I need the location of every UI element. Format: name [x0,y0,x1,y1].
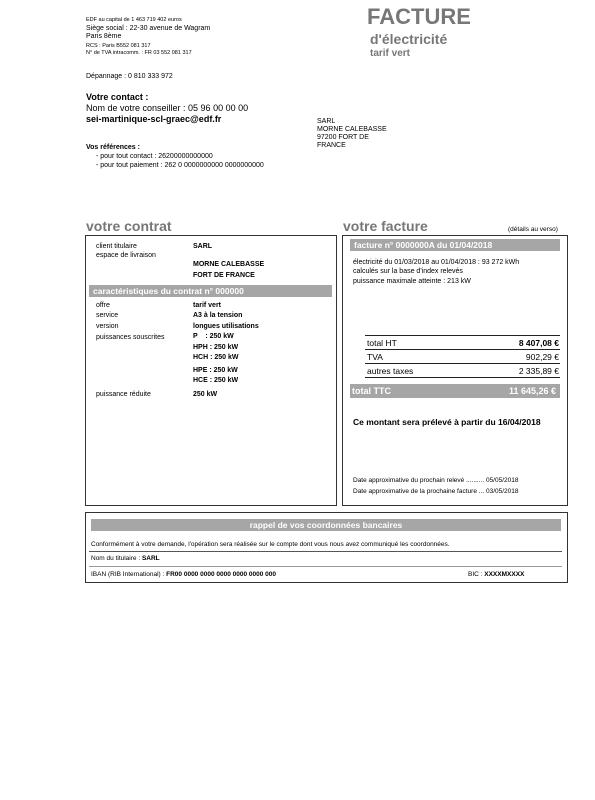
iban-row: IBAN (RIB International) : FR00 0000 000… [91,570,276,579]
totals-divider [365,377,560,378]
next-releve-date: Date approximative du prochain relevé ..… [353,476,519,485]
facture-consumption: électricité du 01/03/2018 au 01/04/2018 … [353,258,519,267]
facture-section-title: votre facture [343,218,428,234]
bic-label: BIC : [468,571,484,578]
client-value: SARL [193,242,212,251]
autres-taxes-value: 2 335,89 € [519,366,559,376]
reference-payment: - pour tout paiement : 262 0 0000000000 … [96,161,264,170]
contact-email[interactable]: sei-martinique-scl-graec@edf.fr [86,114,221,124]
recipient-address: SARL MORNE CALEBASSE 97200 FORT DE FRANC… [317,118,387,150]
delivery-label: espace de livraison [96,251,156,260]
delivery-line2: FORT DE FRANCE [193,271,255,280]
holder-label: Nom du titulaire : [91,555,142,562]
company-capital: EDF au capital de 1 463 719 402 euros [86,16,182,24]
address-line: SARL [317,118,387,126]
offre-label: offre [96,301,110,310]
document-title: FACTURE [367,4,471,30]
document-subtitle: d'électricité [370,31,447,47]
version-label: version [96,322,119,331]
puissance-hpe: HPE : 250 kW [193,366,238,375]
totals-divider [365,335,560,336]
total-ht-label: total HT [367,338,397,348]
tva-label: TVA [367,352,383,362]
totals-divider [365,363,560,364]
puissance-hce: HCE : 250 kW [193,376,238,385]
company-city: Paris 8ème [86,32,121,41]
autres-taxes-label: autres taxes [367,366,413,376]
total-ttc-label: total TTC [352,386,391,396]
totals-divider [365,349,560,350]
facture-index-note: calculés sur la base d'index relevés [353,267,463,276]
contrat-section-title: votre contrat [86,218,172,234]
puissance-hph: HPH : 250 kW [193,343,238,352]
service-value: A3 à la tension [193,311,242,320]
contrat-characteristics-bar: caractéristiques du contrat n° 000000 [89,285,332,297]
references-heading: Vos références : [86,143,140,152]
tva-value: 902,29 € [526,352,559,362]
company-tva: N° de TVA intracomm. : FR 03 552 081 317 [86,49,192,57]
total-ttc-bar: total TTC 11 645,26 € [350,384,560,398]
holder-value: SARL [142,555,160,562]
facture-number-bar: facture n° 0000000A du 01/04/2018 [350,239,560,251]
total-ttc-value: 11 645,26 € [509,384,556,398]
iban-label: IBAN (RIB International) : [91,571,166,578]
delivery-line1: MORNE CALEBASSE [193,260,264,269]
details-note: (détails au verso) [508,226,558,233]
contact-heading: Votre contact : [86,92,148,102]
facture-max-power: puissance maximale atteinte : 213 kW [353,277,471,286]
iban-value: FR00 0000 0000 0000 0000 0000 000 [166,571,276,578]
version-value: longues utilisations [193,322,259,331]
depannage-phone: Dépannage : 0 810 333 972 [86,72,173,81]
total-ht-value: 8 407,08 € [519,338,559,348]
reference-contact: - pour tout contact : 26200000000000 [96,152,213,161]
bank-notice: Conformément à votre demande, l'opératio… [91,540,450,549]
reduite-label: puissance réduite [96,390,151,399]
document-tariff: tarif vert [370,48,410,59]
bank-divider [89,551,562,552]
bank-bar: rappel de vos coordonnées bancaires [91,519,561,531]
puissance-hch: HCH : 250 kW [193,353,239,362]
puissance-p: P : 250 kW [193,332,234,341]
next-facture-date: Date approximative de la prochaine factu… [353,487,519,496]
contact-advisor: Nom de votre conseiller : 05 96 00 00 00 [86,103,248,113]
reduite-value: 250 kW [193,390,217,399]
address-line: 97200 FORT DE [317,134,387,142]
bank-divider [89,566,562,567]
bic-row: BIC : XXXXMXXXX [468,570,524,579]
prelevement-notice: Ce montant sera prélevé à partir du 16/0… [353,417,541,427]
holder-row: Nom du titulaire : SARL [91,554,160,563]
service-label: service [96,311,118,320]
client-label: client titulaire [96,242,137,251]
bic-value: XXXXMXXXX [484,571,524,578]
address-line: MORNE CALEBASSE [317,126,387,134]
address-line: FRANCE [317,142,387,150]
puissances-label: puissances souscrites [96,333,164,342]
offre-value: tarif vert [193,301,221,310]
